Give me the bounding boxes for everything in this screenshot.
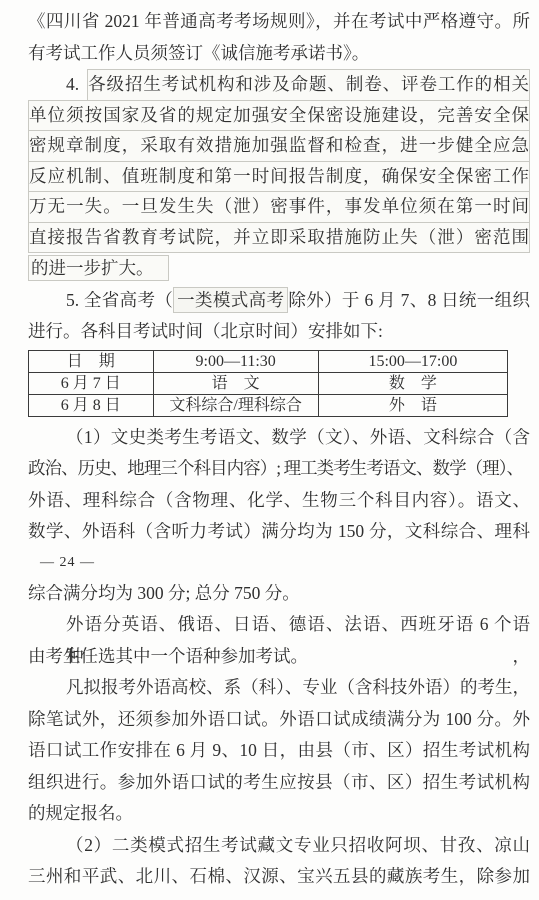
exam-schedule-table: 日 期 9:00—11:30 15:00—17:00 6 月 7 日 语 文 数… bbox=[28, 350, 508, 417]
doc-line: 组织进行。参加外语口试的考生应按县（市、区）招生考试机构 bbox=[28, 767, 530, 799]
doc-line-highlighted: 单位须按国家及省的规定加强安全保密设施建设，完善安全保 bbox=[28, 100, 530, 132]
table-cell: 数 学 bbox=[318, 372, 507, 394]
doc-line: 进行。各科目考试时间（北京时间）安排如下: bbox=[28, 316, 530, 348]
table-row: 6 月 7 日 语 文 数 学 bbox=[29, 372, 508, 394]
highlighted-text: 一类模式高考 bbox=[173, 287, 288, 313]
doc-text: 5. 全省高考（ bbox=[66, 290, 173, 310]
doc-line: 政治、历史、地理三个科目内容）; 理工类考生考语文、数学（理）、 bbox=[28, 453, 530, 485]
doc-line: 除笔试外，还须参加外语口试。外语口试成绩满分为 100 分。外 bbox=[28, 704, 530, 736]
section-4-number: 4. bbox=[66, 69, 79, 101]
doc-line: （1）文史类考生考语文、数学（文）、外语、文科综合（含 bbox=[28, 422, 530, 454]
doc-line: 外语分英语、俄语、日语、德语、法语、西班牙语 6 个语种， bbox=[28, 609, 530, 641]
table-cell: 6 月 7 日 bbox=[29, 372, 154, 394]
doc-line: 的规定报名。 bbox=[28, 798, 530, 830]
doc-line: 凡拟报考外语高校、系（科）、专业（含科技外语）的考生， bbox=[28, 672, 530, 704]
table-cell: 语 文 bbox=[153, 372, 318, 394]
table-header-row: 日 期 9:00—11:30 15:00—17:00 bbox=[29, 350, 508, 372]
doc-line: 《四川省 2021 年普通高考考场规则》，并在考试中严格遵守。所 bbox=[28, 6, 530, 38]
table-header-cell: 日 期 bbox=[29, 350, 154, 372]
doc-line-highlighted: 密规章制度，采取有效措施加强监督和检查，进一步健全应急 bbox=[28, 130, 530, 162]
table-cell: 6 月 8 日 bbox=[29, 394, 154, 416]
highlighted-text: 的进一步扩大。 bbox=[28, 255, 169, 281]
doc-line: 数学、外语科（含听力考试）满分均为 150 分，文科综合、理科 bbox=[28, 516, 530, 548]
doc-line-section4-start: 4. 各级招生考试机构和涉及命题、制卷、评卷工作的相关 bbox=[28, 69, 530, 101]
doc-line-highlighted: 反应机制、值班制度和第一时间报告制度，确保安全保密工作 bbox=[28, 161, 530, 193]
doc-line-highlighted: 万无一失。一旦发生失（泄）密事件，事发单位须在第一时间 bbox=[28, 191, 530, 223]
table-row: 6 月 8 日 文科综合/理科综合 外 语 bbox=[29, 394, 508, 416]
document-page: 《四川省 2021 年普通高考考场规则》，并在考试中严格遵守。所 有考试工作人员… bbox=[0, 0, 539, 900]
doc-line: 的进一步扩大。 bbox=[28, 253, 530, 285]
highlighted-text: 各级招生考试机构和涉及命题、制卷、评卷工作的相关 bbox=[87, 69, 530, 101]
doc-line: （2）二类模式招生考试藏文专业只招收阿坝、甘孜、凉山 bbox=[28, 830, 530, 862]
doc-line: 有考试工作人员须签订《诚信施考承诺书》。 bbox=[28, 38, 530, 70]
table-cell: 外 语 bbox=[318, 394, 507, 416]
doc-line: 外语、理科综合（含物理、化学、生物三个科目内容）。语文、 bbox=[28, 485, 530, 517]
doc-line: 综合满分均为 300 分; 总分 750 分。 bbox=[28, 578, 530, 610]
table-header-cell: 9:00—11:30 bbox=[153, 350, 318, 372]
doc-line-section5-start: 5. 全省高考（一类模式高考除外）于 6 月 7、8 日统一组织 bbox=[28, 285, 530, 317]
doc-line: 三州和平武、北川、石棉、汉源、宝兴五县的藏族考生，除参加 bbox=[28, 861, 530, 893]
doc-text: 除外）于 6 月 7、8 日统一组织 bbox=[288, 290, 530, 310]
doc-line-highlighted: 直接报告省教育考试院，并立即采取措施防止失（泄）密范围 bbox=[28, 222, 530, 254]
page-number: — 24 — bbox=[28, 548, 530, 578]
doc-line: 语口试工作安排在 6 月 9、10 日，由县（市、区）招生考试机构 bbox=[28, 735, 530, 767]
table-cell: 文科综合/理科综合 bbox=[153, 394, 318, 416]
table-header-cell: 15:00—17:00 bbox=[318, 350, 507, 372]
